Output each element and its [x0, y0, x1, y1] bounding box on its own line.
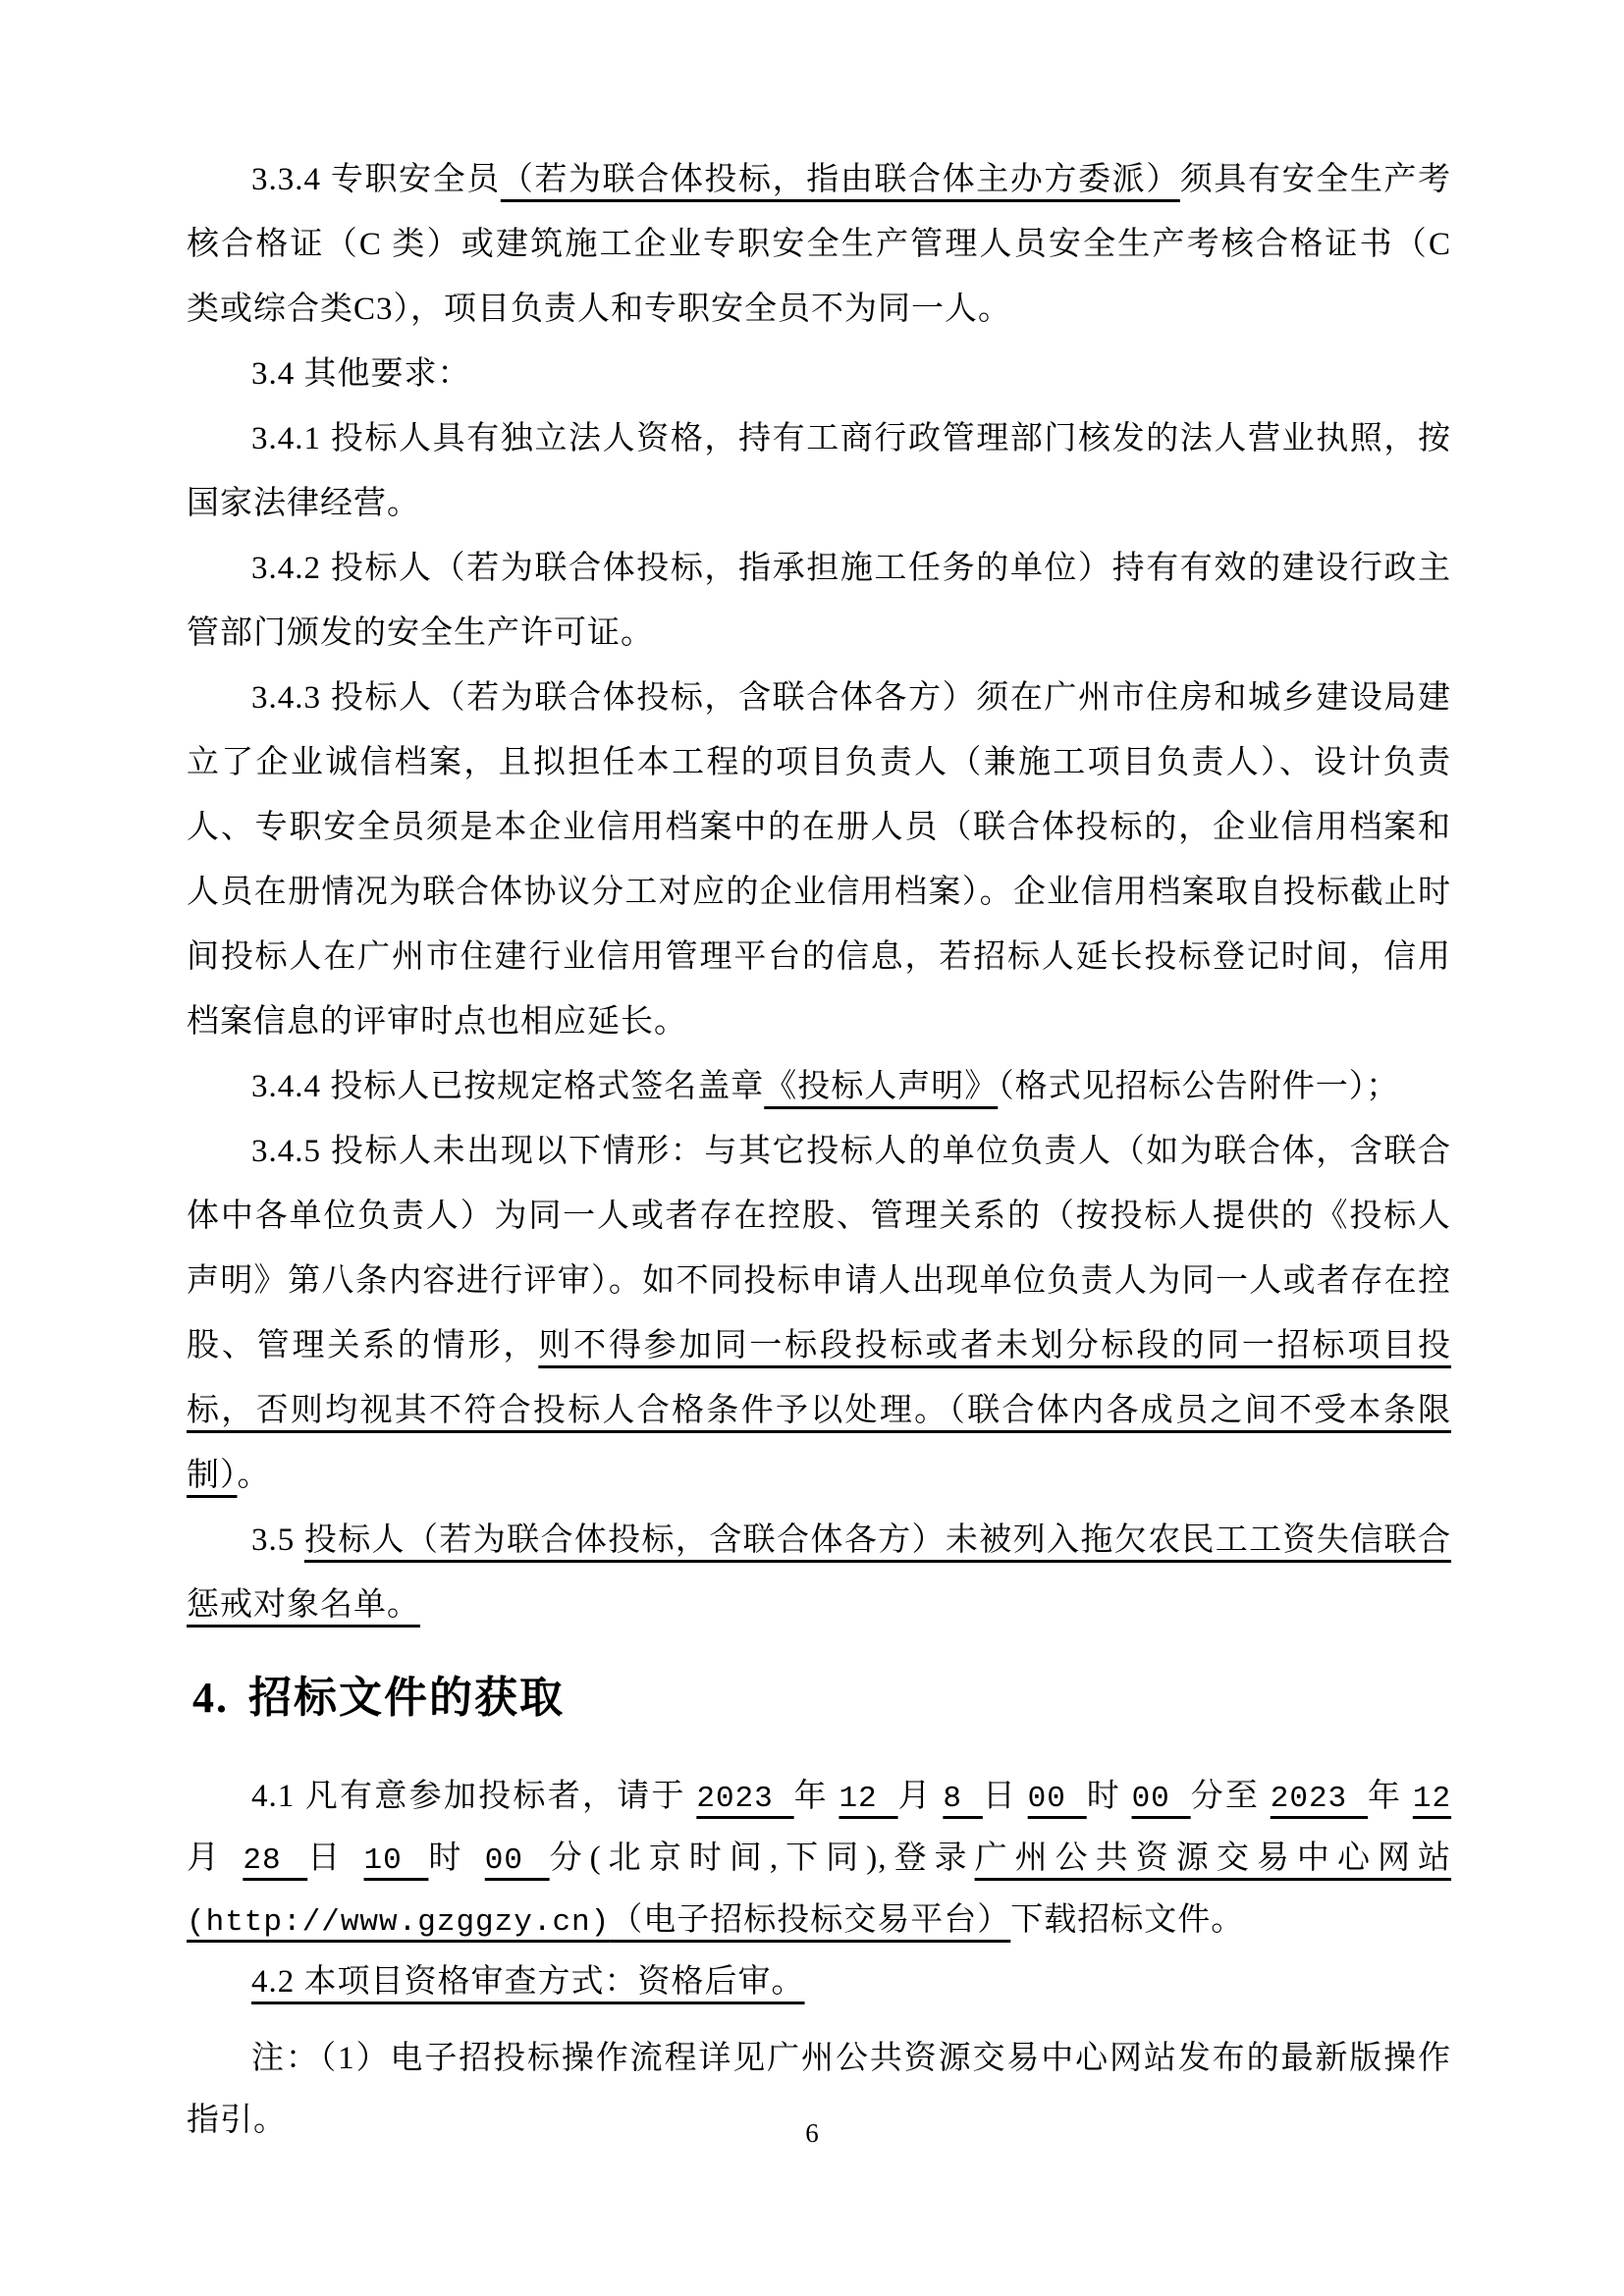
text-run: 下载招标文件。: [1010, 1902, 1244, 1938]
page-number-value: 6: [805, 2118, 819, 2148]
text-run: 时: [1087, 1779, 1132, 1814]
text-run: 分至: [1191, 1779, 1271, 1814]
clause-4-1: 4.1 凡有意参加投标者，请于 2023 年 12 月 8 日 00 时 00 …: [187, 1767, 1451, 1952]
clause-3-3-4: 3.3.4 专职安全员（若为联合体投标，指由联合体主办方委派）须具有安全生产考核…: [187, 147, 1451, 342]
text-run: 。: [238, 1458, 271, 1493]
text-run: 12: [1413, 1782, 1451, 1816]
text-run: 日: [983, 1779, 1028, 1814]
page-number: 6: [0, 2118, 1624, 2149]
text-run: 2023: [1271, 1782, 1368, 1816]
text-run: （电子招标投标交易平台）: [610, 1902, 1010, 1938]
text-run: 3.5: [251, 1522, 304, 1558]
text-run: 年: [794, 1779, 839, 1814]
text-run: 分(北京时间,下同),登录: [550, 1841, 975, 1876]
text-run: 00: [1028, 1782, 1087, 1816]
text-run: 10: [364, 1843, 429, 1878]
text-run: 《投标人声明》: [764, 1069, 998, 1104]
clause-3-4-4: 3.4.4 投标人已按规定格式签名盖章《投标人声明》（格式见招标公告附件一）；: [187, 1054, 1451, 1119]
text-run: （若为联合体投标，指由联合体主办方委派）: [501, 162, 1180, 197]
website-url: (http://www.gzggzy.cn): [187, 1905, 610, 1940]
clause-3-4-5: 3.4.5 投标人未出现以下情形：与其它投标人的单位负责人（如为联合体，含联合体…: [187, 1119, 1451, 1508]
heading-number: 4.: [192, 1674, 229, 1722]
clause-4-2: 4.2 本项目资格审查方式：资格后审。: [187, 1952, 1451, 2012]
clause-3-4-3: 3.4.3 投标人（若为联合体投标，含联合体各方）须在广州市住房和城乡建设局建立…: [187, 666, 1451, 1054]
text-run: 月: [898, 1779, 944, 1814]
document-page: 3.3.4 专职安全员（若为联合体投标，指由联合体主办方委派）须具有安全生产考核…: [0, 0, 1624, 2296]
text-run: 12: [839, 1782, 897, 1816]
text-run: 4.1 凡有意参加投标者，请于: [251, 1779, 696, 1814]
text-run: 广州公共资源交易中心网站: [975, 1841, 1451, 1876]
text-run: 3.4.3 投标人（若为联合体投标，含联合体各方）须在广州市住房和城乡建设局建立…: [187, 680, 1451, 1040]
text-run: 投标人（若为联合体投标，含联合体各方）未被列入拖欠农民工工资失信联合惩戒对象名单…: [187, 1522, 1451, 1623]
clause-3-5: 3.5 投标人（若为联合体投标，含联合体各方）未被列入拖欠农民工工资失信联合惩戒…: [187, 1508, 1451, 1637]
heading-text: 招标文件的获取: [248, 1674, 565, 1722]
clause-3-4-2: 3.4.2 投标人（若为联合体投标，指承担施工任务的单位）持有有效的建设行政主管…: [187, 536, 1451, 666]
text-run: 3.3.4 专职安全员: [251, 162, 501, 197]
clause-3-4: 3.4 其他要求：: [187, 342, 1451, 406]
text-run: 00: [485, 1843, 550, 1878]
text-run: 时: [428, 1841, 484, 1876]
text-run: 年: [1368, 1779, 1413, 1814]
document-body: 3.3.4 专职安全员（若为联合体投标，指由联合体主办方委派）须具有安全生产考核…: [187, 147, 1451, 2152]
text-run: 3.4.4 投标人已按规定格式签名盖章: [251, 1069, 764, 1104]
text-run: 日: [307, 1841, 363, 1876]
text-run: 2023: [696, 1782, 793, 1816]
text-run: 3.4 其他要求：: [251, 356, 471, 392]
text-run: 3.4.1 投标人具有独立法人资格，持有工商行政管理部门核发的法人营业执照，按国…: [187, 421, 1451, 521]
text-run: 月: [187, 1841, 243, 1876]
text-run: 8: [943, 1782, 982, 1816]
text-run: 3.4.2 投标人（若为联合体投标，指承担施工任务的单位）持有有效的建设行政主管…: [187, 551, 1451, 651]
text-run: 00: [1132, 1782, 1191, 1816]
clause-3-4-1: 3.4.1 投标人具有独立法人资格，持有工商行政管理部门核发的法人营业执照，按国…: [187, 406, 1451, 536]
text-run: 4.2 本项目资格审查方式：资格后审。: [251, 1964, 805, 2000]
text-run: （格式见招标公告附件一）；: [998, 1069, 1399, 1104]
section-4-heading: 4.招标文件的获取: [187, 1667, 1451, 1730]
text-run: 28: [243, 1843, 307, 1878]
